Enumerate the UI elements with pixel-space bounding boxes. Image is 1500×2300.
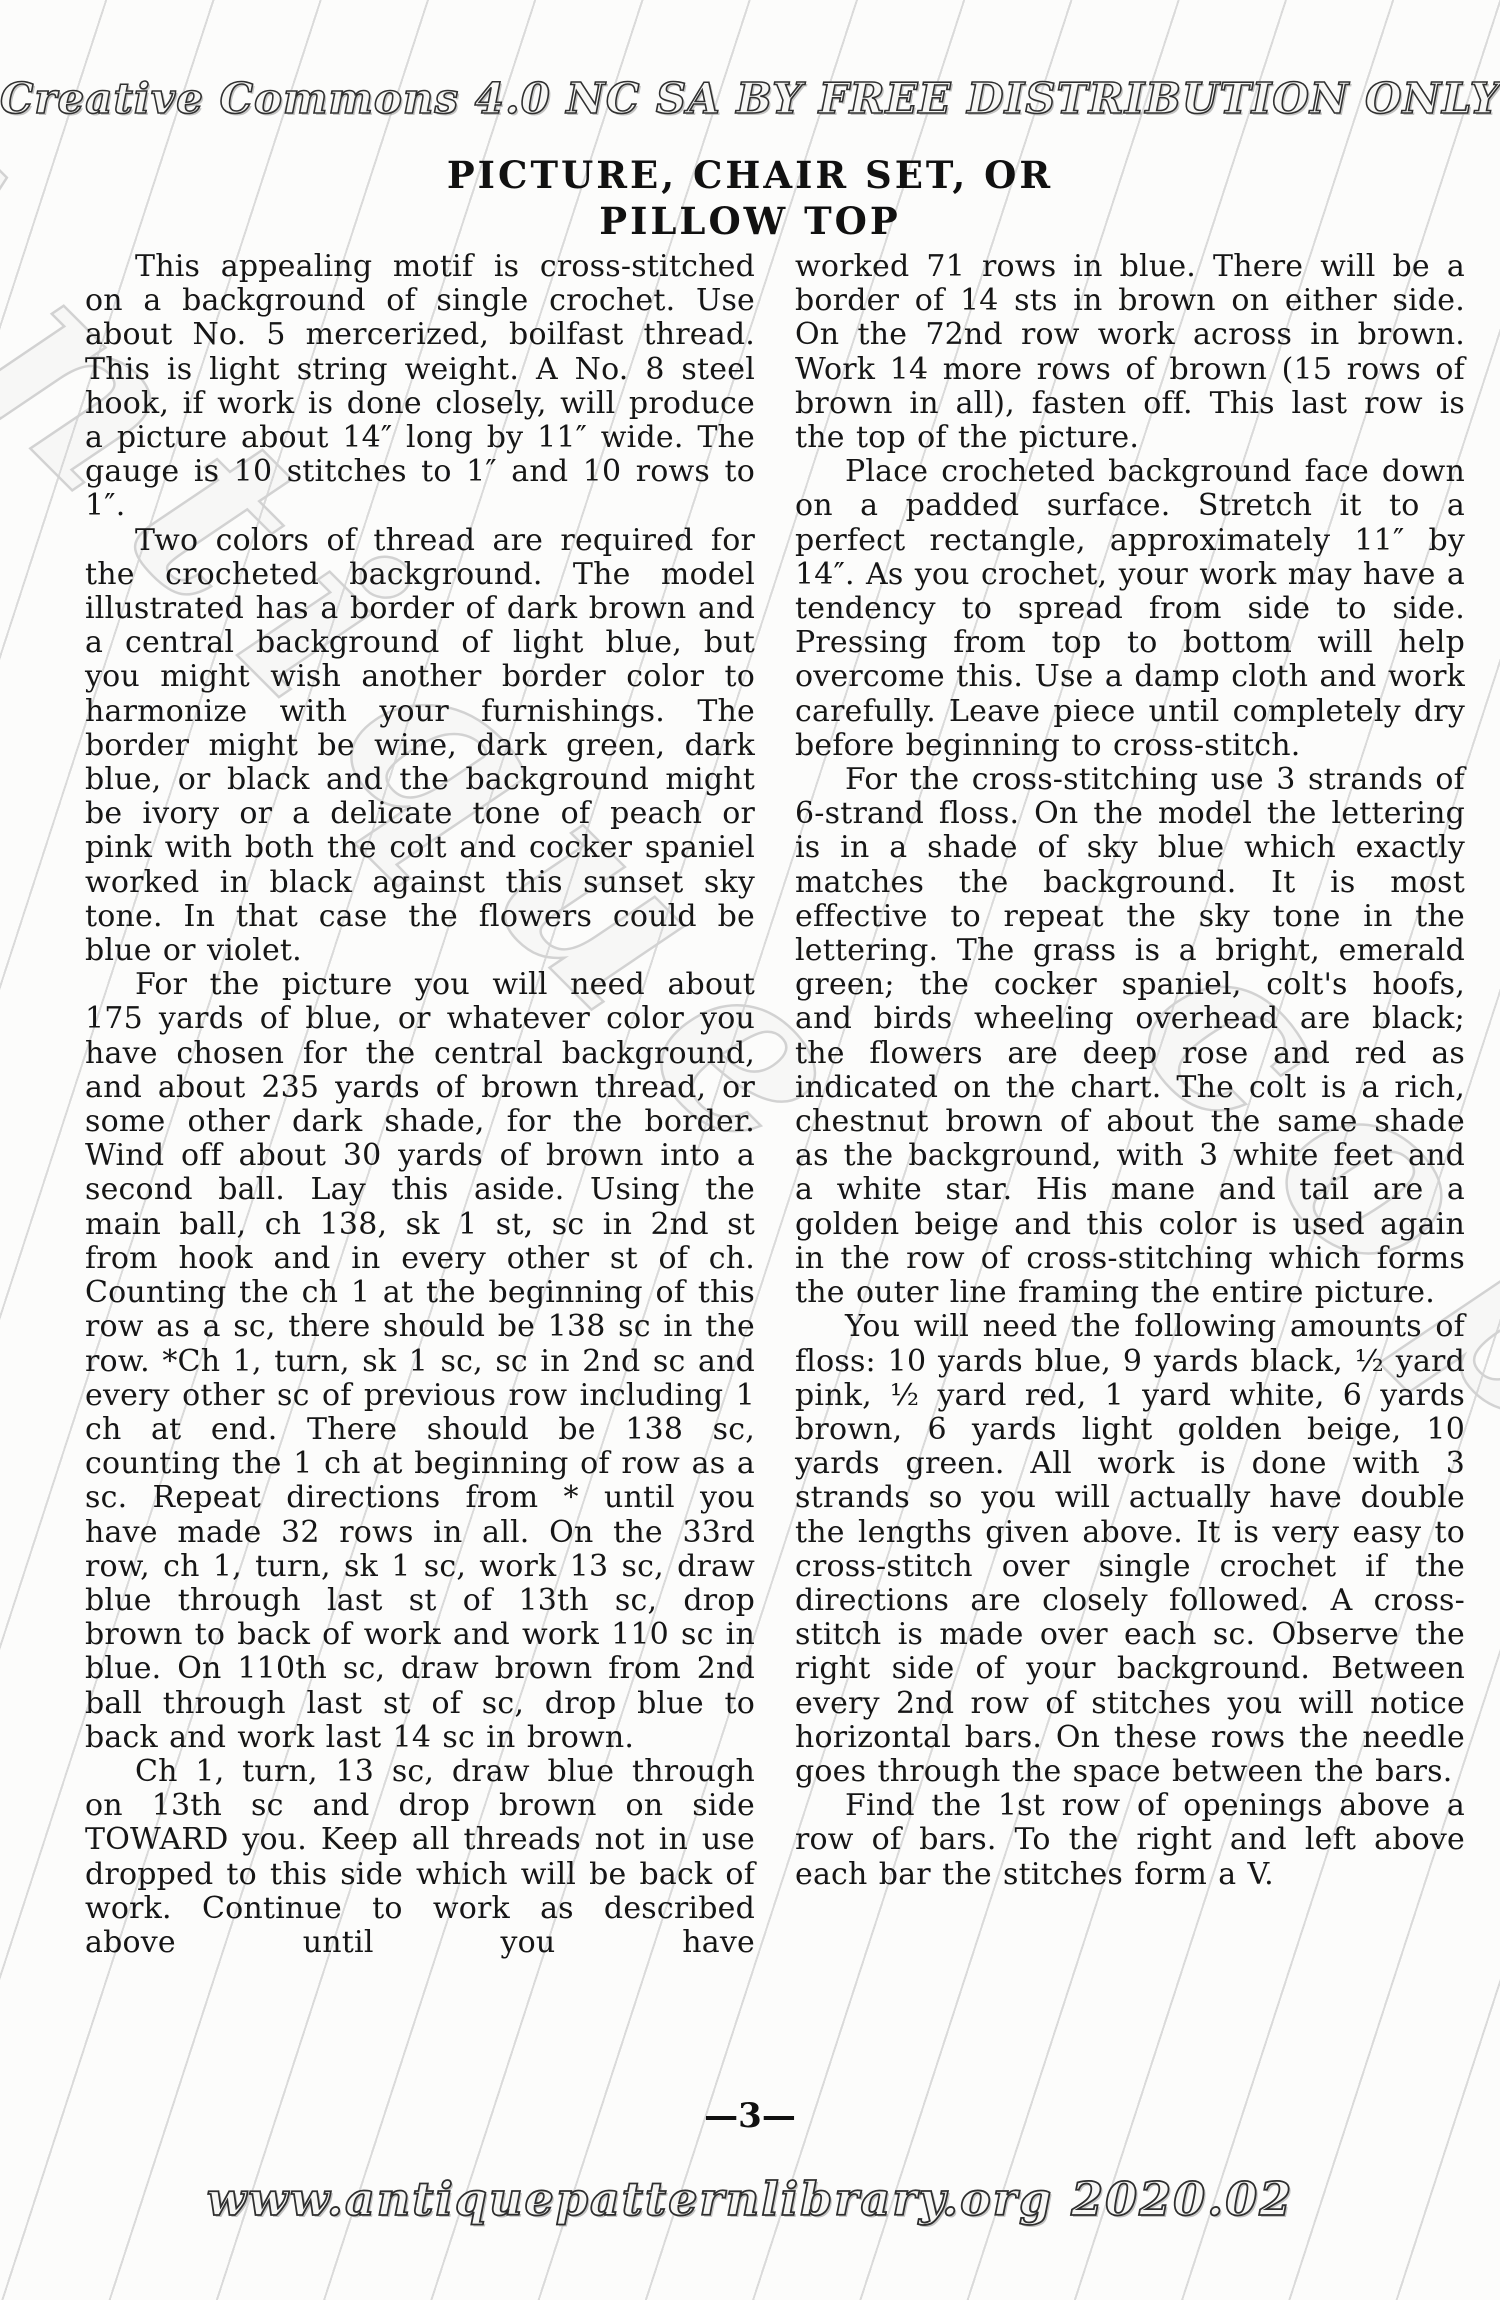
paragraph: worked 71 rows in blue. There will be a … [795, 250, 1465, 455]
scanned-pattern-page: Antique copy Creative Commons 4.0 NC SA … [0, 0, 1500, 2300]
text-columns: This appealing motif is cross-stitched o… [85, 250, 1465, 1960]
license-header: Creative Commons 4.0 NC SA BY FREE DISTR… [0, 74, 1500, 123]
paragraph: For the picture you will need about 175 … [85, 968, 755, 1755]
paragraph: Place crocheted background face down on … [795, 455, 1465, 763]
page-title: PICTURE, CHAIR SET, OR PILLOW TOP [0, 152, 1500, 244]
page-title-line1: PICTURE, CHAIR SET, OR [0, 152, 1500, 198]
paragraph: You will need the following amounts of f… [795, 1310, 1465, 1789]
paragraph: Find the 1st row of openings above a row… [795, 1789, 1465, 1892]
paragraph: For the cross-stitching use 3 strands of… [795, 763, 1465, 1310]
paragraph: Ch 1, turn, 13 sc, draw blue through on … [85, 1755, 755, 1960]
paragraph: This appealing motif is cross-stitched o… [85, 250, 755, 524]
site-footer: www.antiquepatternlibrary.org 2020.02 [0, 2172, 1500, 2226]
paragraph: Two colors of thread are required for th… [85, 524, 755, 969]
left-column: This appealing motif is cross-stitched o… [85, 250, 755, 1960]
right-column: worked 71 rows in blue. There will be a … [795, 250, 1465, 1960]
page-number: —3— [0, 2096, 1500, 2136]
page-title-line2: PILLOW TOP [0, 198, 1500, 244]
